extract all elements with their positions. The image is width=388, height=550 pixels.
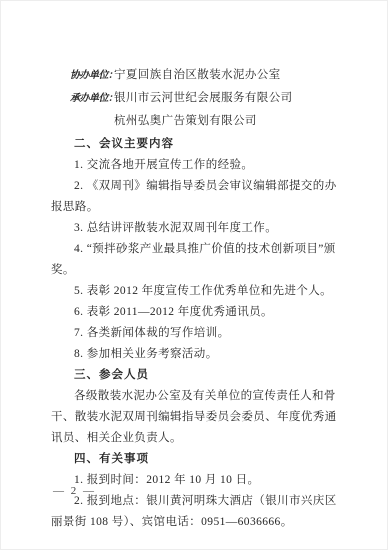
matters-item: 2. 报到地点：银川黄河明珠大酒店（银川市兴庆区丽景街 108 号）、宾馆电话：… [51,491,341,533]
section-heading-matters: 四、有关事项 [51,449,341,470]
document-body: 协办单位：宁夏回族自治区散装水泥办公室 承办单位：银川市云河世纪会展服务有限公司… [51,65,341,533]
section-heading-participants: 三、参会人员 [51,365,341,386]
undertaker-label: 承办单位： [70,88,114,109]
agenda-item: 5. 表彰 2012 年度宣传工作优秀单位和先进个人。 [51,281,341,302]
co-organizer-line: 协办单位：宁夏回族自治区散装水泥办公室 [51,65,341,86]
document-page: 协办单位：宁夏回族自治区散装水泥办公室 承办单位：银川市云河世纪会展服务有限公司… [0,0,388,550]
agenda-item: 4. “预拌砂浆产业最具推广价值的技术创新项目”颁奖。 [51,239,341,281]
agenda-item: 8. 参加相关业务考察活动。 [51,344,341,365]
undertaker-line: 承办单位：银川市云河世纪会展服务有限公司 [51,88,341,109]
agenda-item: 7. 各类新闻体裁的写作培训。 [51,323,341,344]
section-heading-agenda: 二、会议主要内容 [51,134,341,155]
agenda-item: 2. 《双周刊》编辑指导委员会审议编辑部提交的办报思路。 [51,176,341,218]
co-organizer-value: 宁夏回族自治区散装水泥办公室 [114,69,281,81]
undertaker-value: 银川市云河世纪会展服务有限公司 [114,92,293,104]
agenda-item: 3. 总结讲评散装水泥双周刊年度工作。 [51,218,341,239]
page-number: — 2 — [53,485,96,497]
participants-paragraph: 各级散装水泥办公室及有关单位的宣传责任人和骨干、散装水泥双周刊编辑指导委员会委员… [51,386,341,449]
undertaker-line-2: 杭州弘奥广告策划有限公司 [51,111,341,132]
agenda-item: 6. 表彰 2011—2012 年度优秀通讯员。 [51,302,341,323]
co-organizer-label: 协办单位： [70,65,114,86]
agenda-item: 1. 交流各地开展宣传工作的经验。 [51,155,341,176]
undertaker-value-2: 杭州弘奥广告策划有限公司 [114,115,257,127]
